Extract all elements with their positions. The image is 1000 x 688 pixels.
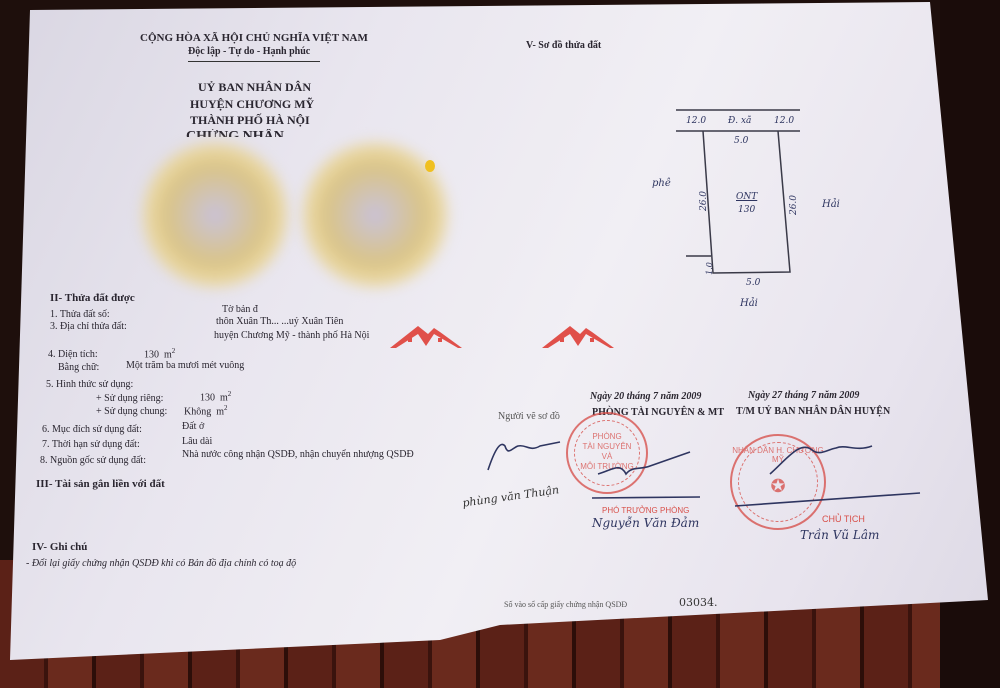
signature-strokes bbox=[0, 0, 1000, 688]
dept-role: PHÓ TRƯỞNG PHÒNG bbox=[602, 506, 689, 515]
committee-signer: Trần Vũ Lâm bbox=[800, 528, 879, 542]
dept-signer: Nguyễn Văn Đảm bbox=[592, 516, 699, 530]
registry-label: Số vào sổ cấp giấy chứng nhận QSDĐ bbox=[504, 600, 627, 609]
land-certificate-page: CỘNG HÒA XÃ HỘI CHỦ NGHĨA VIỆT NAM Độc l… bbox=[0, 0, 1000, 688]
committee-role: CHỦ TỊCH bbox=[822, 514, 865, 524]
registry-number: 03034. bbox=[679, 596, 718, 609]
